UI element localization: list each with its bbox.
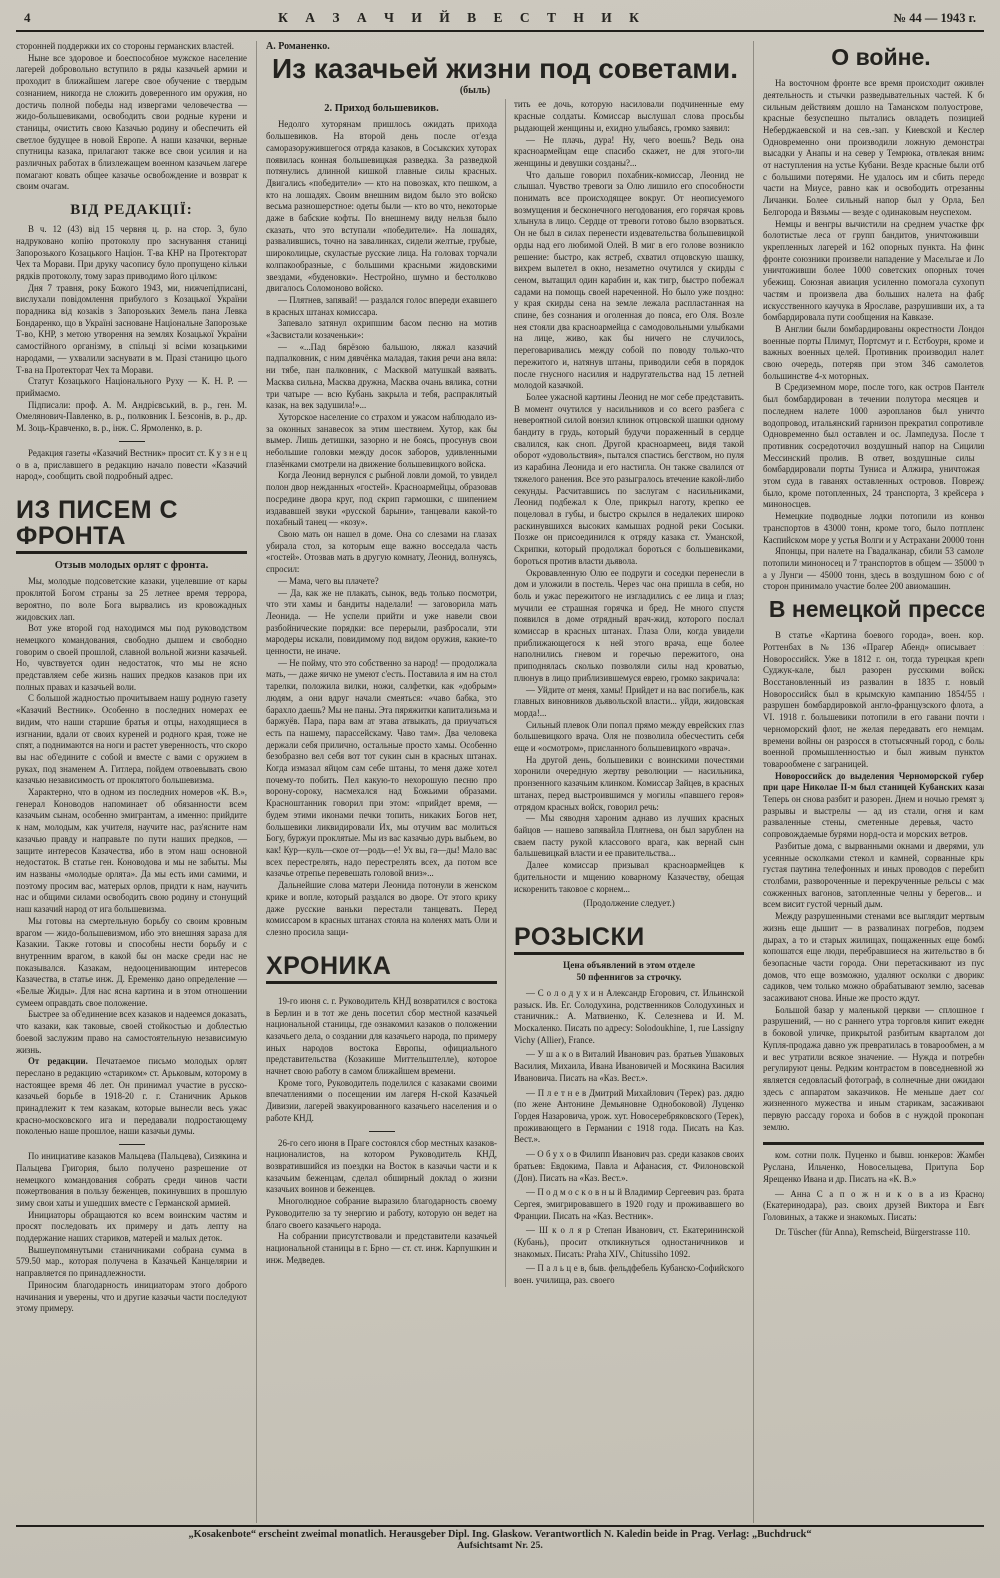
divider xyxy=(369,1131,395,1132)
paragraph: ком. сотни полк. Пуценко и бывш. юнкеров… xyxy=(763,1150,984,1185)
paragraph: Вот уже второй год находимся мы под руко… xyxy=(16,623,247,693)
imprint-footer: „Kosakenbote“ erscheint zweimal monatlic… xyxy=(16,1525,984,1551)
paragraph: — «...Пад бярёзою бальшою, ляжал казачий… xyxy=(266,342,497,412)
column-4: О войне. На восточном фронте все время п… xyxy=(754,41,984,1523)
novorossiysk-rest: Теперь он снова разбит и разорен. Днем и… xyxy=(763,794,984,839)
paragraph: В ч. 12 (43) від 15 червня ц. р. на стор… xyxy=(16,224,247,283)
story-col3-paragraph-group: — Не плачь, дура! Ну, чего воешь? Ведь о… xyxy=(514,135,744,896)
paragraph: Вышеупомянутыми станичниками собрана сум… xyxy=(16,1245,247,1280)
vid-redakcii-paragraph-group: В ч. 12 (43) від 15 червня ц. р. на стор… xyxy=(16,224,247,435)
paragraph: — Плятнев, запявай! — раздался голос впе… xyxy=(266,295,497,318)
section-nem-presse-title: В немецкой прессе. xyxy=(763,597,984,621)
rozyski-price-line2: 50 пфеннигов за строчку. xyxy=(514,973,744,985)
to-be-continued-note: (Продолжение следует.) xyxy=(514,898,744,910)
paragraph: — Не плачь, дура! Ну, чего воешь? Ведь о… xyxy=(514,135,744,170)
story-section: А. Романенко. Из казачьей жизни под сове… xyxy=(256,41,754,1523)
paragraph: Мы готовы на смертельную борьбу со своим… xyxy=(16,916,247,1010)
divider xyxy=(119,1144,145,1145)
paragraph: Свою мать он нашел в доме. Она со слезам… xyxy=(266,529,497,576)
footer-rule xyxy=(16,1525,984,1527)
column-3: тить ее дочь, которую насиловали подчине… xyxy=(505,99,744,1286)
from-editors-lead: От редакции. xyxy=(28,1056,88,1066)
paragraph: С большой жадностью прочитываем нашу род… xyxy=(16,693,247,787)
paragraph: — Не пойму, что это собственно за народ!… xyxy=(266,658,497,880)
paragraph: — Уйдите от меня, хамы! Прийдет и на вас… xyxy=(514,685,744,720)
paragraph: На собрании присутствовали и представите… xyxy=(266,1231,497,1266)
paragraph: — Да, как же не плакать, сынок, ведь тол… xyxy=(266,588,497,658)
paragraph: Более ужасной картины Леонид не мог себе… xyxy=(514,392,744,568)
paragraph: — П л е т н е в Дмитрий Михайлович (Тере… xyxy=(514,1088,744,1147)
o-voine-paragraph-group: На восточном фронте все время происходит… xyxy=(763,78,984,593)
paragraph: В Средиземном море, после того, как остр… xyxy=(763,382,984,511)
paragraph: Многолюдное собрание выразило благодарно… xyxy=(266,1196,497,1231)
newspaper-page: 4 К А З А Ч И Й В Е С Т Н И К № 44 — 194… xyxy=(0,0,1000,1578)
nem-presse-paragraph-group-b: Разбитые дома, с вырванными окнами и две… xyxy=(763,841,984,1134)
paragraph: В статье «Картина боевого города», воен.… xyxy=(763,630,984,770)
rozyski-price-line1: Цена объявлений в этом отделе xyxy=(514,961,744,973)
paragraph: — У ш а к о в Виталий Иванович раз. брат… xyxy=(514,1049,744,1084)
paragraph: Недолго хуторянам пришлось ожидать прихо… xyxy=(266,119,497,295)
donation-paragraph-group: По инициативе казаков Мальцева (Пальцева… xyxy=(16,1151,247,1315)
story-chapter-title: 2. Приход большевиков. xyxy=(266,103,497,114)
paragraph: Ныне все здоровое и боеспособное мужское… xyxy=(16,53,247,193)
header-rule xyxy=(16,30,984,32)
paragraph: Что дальше говорил похабник-комиссар, Ле… xyxy=(514,170,744,392)
paragraph: Быстрее за об'единение всех казаков и на… xyxy=(16,1009,247,1056)
paragraph: Когда Леонид вернулся с рыбной ловли дом… xyxy=(266,470,497,529)
paragraph: Приносим благодарность инициаторам этого… xyxy=(16,1280,247,1315)
iz-pisem-paragraph-group: Мы, молодые подсоветские казаки, уцелевш… xyxy=(16,576,247,1056)
rozyski-entries-col4-group: ком. сотни полк. Пуценко и бывш. юнкеров… xyxy=(763,1150,984,1238)
paragraph: Далее комиссар призывал красноармейцев к… xyxy=(514,860,744,895)
novorossiysk-lead: Новороссийск до выделения Черноморской г… xyxy=(763,771,984,793)
paragraph: Окровавленную Олю ее подруги и соседки п… xyxy=(514,568,744,685)
paragraph: — П о д м о с к о в н ы й Владимир Серге… xyxy=(514,1187,744,1222)
paragraph: Хуторское население со страхом и ужасом … xyxy=(266,412,497,471)
paragraph: Статут Козацького Національного Руху — К… xyxy=(16,376,247,399)
from-editors-rest: Печатаемое письмо молодых орлят переслан… xyxy=(16,1056,247,1136)
paragraph: Характерно, что в одном из последних ном… xyxy=(16,787,247,916)
paragraph: 19-го июня с. г. Руководитель КНД возвра… xyxy=(266,996,497,1078)
paragraph: — О б у х о в Филипп Иванович раз. среди… xyxy=(514,1149,744,1184)
paragraph: — Анна С а п о ж н и к о в а из Краснода… xyxy=(763,1189,984,1224)
paragraph: — С о л о д у х и н Александр Егорович, … xyxy=(514,988,744,1047)
paragraph: Между разрушенными стенами все выглядит … xyxy=(763,911,984,1005)
continuation-paragraph: сторонней поддержки их со стороны герман… xyxy=(16,41,247,53)
iz-pisem-subtitle: Отзыв молодых орлят с фронта. xyxy=(16,560,247,571)
paragraph: По инициативе казаков Мальцева (Пальцева… xyxy=(16,1151,247,1210)
paragraph: Кроме того, Руководитель поделился с каз… xyxy=(266,1078,497,1125)
from-editors-paragraph: От редакции. Печатаемое письмо молодых о… xyxy=(16,1056,247,1138)
column-2: 2. Приход большевиков. Недолго хуторянам… xyxy=(266,99,505,1286)
editor-note: Редакция газеты «Казачий Вестник» просит… xyxy=(16,448,247,483)
divider-thick xyxy=(763,1142,984,1145)
imprint-line2: Aufsichtsamt Nr. 25. xyxy=(16,1540,984,1551)
story-col2-paragraph-group: Недолго хуторянам пришлось ожидать прихо… xyxy=(266,119,497,938)
paragraph: Підписали: проф. А. М. Андрієвський, в. … xyxy=(16,400,247,435)
story-col3-continuation: тить ее дочь, которую насиловали подчине… xyxy=(514,99,744,134)
paragraph: Дальнейшие слова матери Леонида потонули… xyxy=(266,880,497,939)
paragraph: — П а л ь ц е в, быв. фельдфебель Кубанс… xyxy=(514,1263,744,1286)
paragraph: Японцы, при налете на Гвадалканар, сбили… xyxy=(763,546,984,593)
page-number: 4 xyxy=(24,10,31,26)
nem-presse-novorossiysk-paragraph: Новороссийск до выделения Черноморской г… xyxy=(763,771,984,841)
section-iz-pisem-title: ИЗ ПИСЕМ С ФРОНТА xyxy=(16,497,247,555)
newspaper-title: К А З А Ч И Й В Е С Т Н И К xyxy=(278,10,646,26)
paragraph: Запевало затянул охрипшим басом песню на… xyxy=(266,318,497,341)
section-o-voine-title: О войне. xyxy=(763,45,984,69)
paragraph: Dr. Tüscher (für Anna), Remscheid, Bürge… xyxy=(763,1227,984,1239)
paragraph: На другой день, большевики с воинскими п… xyxy=(514,755,744,814)
issue-number: № 44 — 1943 г. xyxy=(894,11,976,26)
story-headline: Из казачьей жизни под советами. xyxy=(266,54,744,83)
paragraph: Дня 7 травня, року Божого 1943, ми, нижч… xyxy=(16,283,247,377)
paragraph: В Англии были бомбардированы окрестности… xyxy=(763,324,984,383)
paragraph: Сильный плевок Оли попал прямо между евр… xyxy=(514,720,744,755)
paragraph: На восточном фронте все время происходит… xyxy=(763,78,984,218)
masthead: 4 К А З А Ч И Й В Е С Т Н И К № 44 — 194… xyxy=(16,6,984,29)
intro-paragraph-group: Ныне все здоровое и боеспособное мужское… xyxy=(16,53,247,193)
section-hronika-title: ХРОНИКА xyxy=(266,953,497,984)
paragraph: 26-го сего июня в Праге состоялся сбор м… xyxy=(266,1138,497,1197)
paragraph: Немцы и венгры вычистили на среднем учас… xyxy=(763,219,984,324)
story-columns: 2. Приход большевиков. Недолго хуторянам… xyxy=(266,99,744,1286)
paragraph: Разбитые дома, с вырванными окнами и две… xyxy=(763,841,984,911)
section-rozyski-title: РОЗЫСКИ xyxy=(514,924,744,955)
paragraph: — Мы сяводня хароним аднаво из лучших кр… xyxy=(514,813,744,860)
column-1: сторонней поддержки их со стороны герман… xyxy=(16,41,256,1523)
paragraph: — Мама, чего вы плачете? xyxy=(266,576,497,588)
section-vid-redakcii-title: ВІД РЕДАКЦІЇ: xyxy=(16,202,247,219)
paragraph: Инициаторы обращаются ко всем воинским ч… xyxy=(16,1210,247,1245)
hronika-paragraph-group-2: 26-го сего июня в Праге состоялся сбор м… xyxy=(266,1138,497,1267)
story-genre-note: (быль) xyxy=(266,85,684,96)
hronika-paragraph-group-1: 19-го июня с. г. Руководитель КНД возвра… xyxy=(266,996,497,1125)
story-byline: А. Романенко. xyxy=(266,41,744,52)
divider xyxy=(119,441,145,442)
imprint-line: „Kosakenbote“ erscheint zweimal monatlic… xyxy=(16,1529,984,1540)
paragraph: Мы, молодые подсоветские казаки, уцелевш… xyxy=(16,576,247,623)
paragraph: Большой базар у маленькой церкви — сплош… xyxy=(763,1005,984,1134)
nem-presse-paragraph-group-a: В статье «Картина боевого города», воен.… xyxy=(763,630,984,770)
paragraph: — Ш к о л я р Степан Иванович, ст. Екате… xyxy=(514,1225,744,1260)
paragraph: Немецкие подводные лодки потопили из кон… xyxy=(763,511,984,546)
rozyski-entries-group: — С о л о д у х и н Александр Егорович, … xyxy=(514,988,744,1287)
columns-area: сторонней поддержки их со стороны герман… xyxy=(16,41,984,1523)
